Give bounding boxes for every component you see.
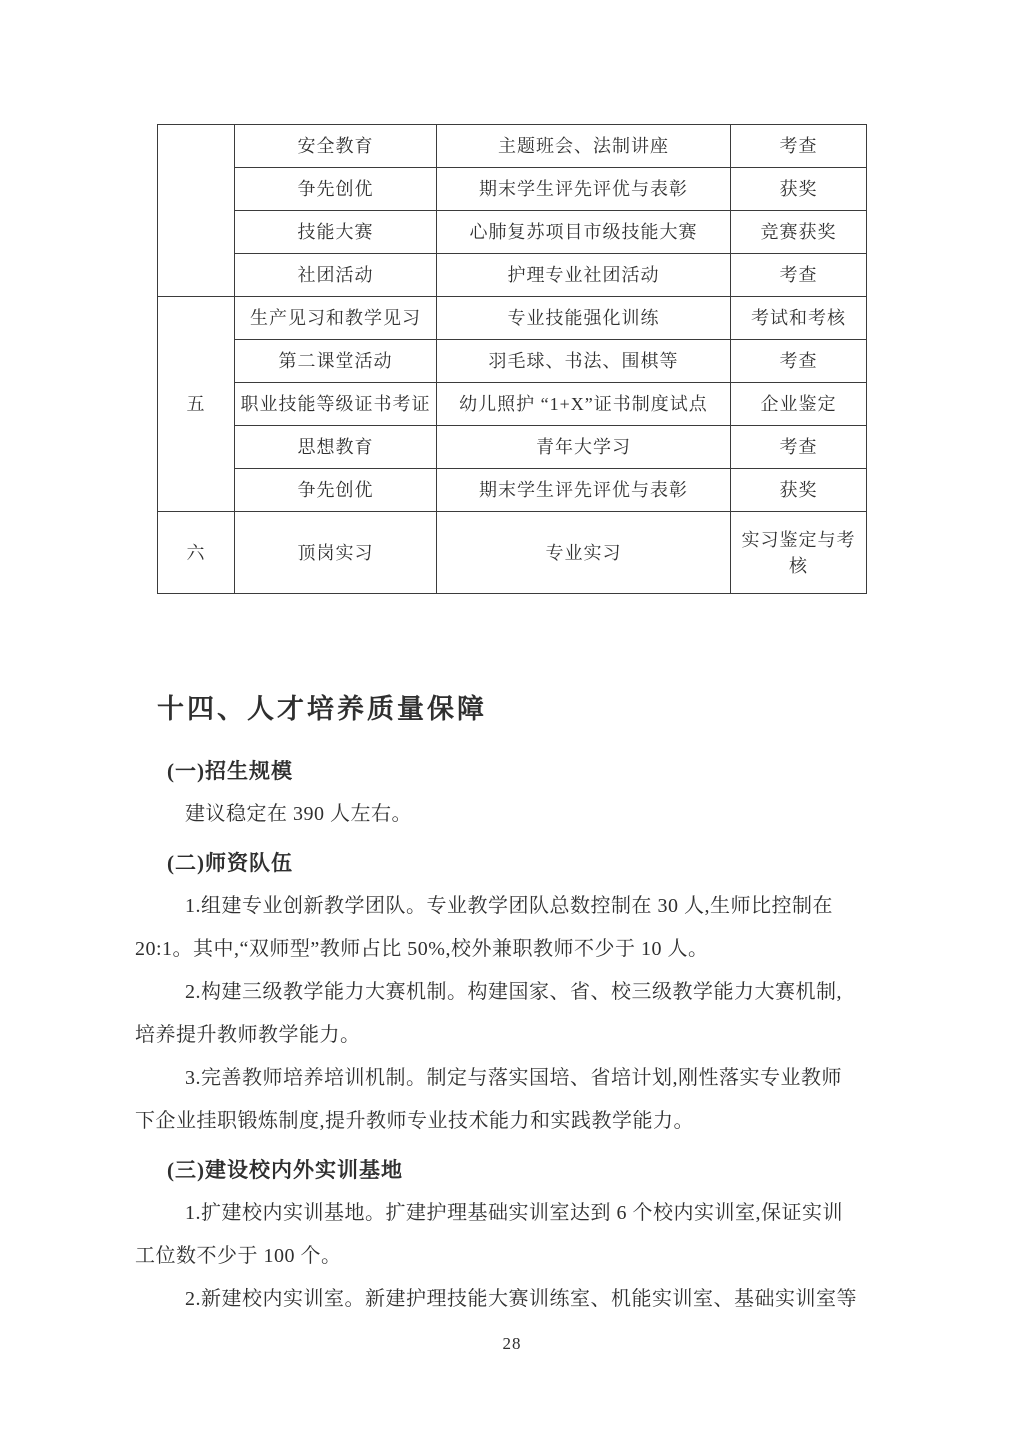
cell-activity: 社团活动: [235, 254, 437, 297]
paragraph-line: 2.新建校内实训室。新建护理技能大赛训练室、机能实训室、基础实训室等: [135, 1278, 895, 1321]
paragraph-line: 1.组建专业创新教学团队。专业教学团队总数控制在 30 人,生师比控制在: [135, 885, 895, 928]
section-subheading: (三)建设校内外实训基地: [135, 1149, 895, 1192]
cell-content: 专业技能强化训练: [437, 297, 731, 340]
paragraph: 2.构建三级教学能力大赛机制。构建国家、省、校三级教学能力大赛机制,培养提升教师…: [135, 971, 895, 1057]
table-row: 第二课堂活动羽毛球、书法、围棋等考查: [158, 340, 867, 383]
table-row: 社团活动护理专业社团活动考查: [158, 254, 867, 297]
document-body: 十四、人才培养质量保障 (一)招生规模建议稳定在 390 人左右。(二)师资队伍…: [135, 690, 895, 1321]
section-subheading: (二)师资队伍: [135, 842, 895, 885]
cell-assessment: 考查: [731, 254, 867, 297]
section-heading: 十四、人才培养质量保障: [135, 690, 895, 728]
cell-content: 青年大学习: [437, 426, 731, 469]
cell-assessment: 获奖: [731, 168, 867, 211]
table-row: 六顶岗实习专业实习实习鉴定与考核: [158, 512, 867, 594]
cell-activity: 技能大赛: [235, 211, 437, 254]
paragraph: 1.组建专业创新教学团队。专业教学团队总数控制在 30 人,生师比控制在20:1…: [135, 885, 895, 971]
cell-assessment: 实习鉴定与考核: [731, 512, 867, 594]
cell-assessment: 考查: [731, 340, 867, 383]
section-subheading: (一)招生规模: [135, 750, 895, 793]
cell-assessment: 获奖: [731, 469, 867, 512]
cell-content: 幼儿照护 “1+X”证书制度试点: [437, 383, 731, 426]
paragraph-line: 工位数不少于 100 个。: [135, 1235, 895, 1278]
cell-activity: 思想教育: [235, 426, 437, 469]
cell-assessment: 考试和考核: [731, 297, 867, 340]
cell-activity: 争先创优: [235, 168, 437, 211]
cell-assessment: 竞赛获奖: [731, 211, 867, 254]
page-number: 28: [0, 1334, 1024, 1354]
cell-content: 期末学生评先评优与表彰: [437, 168, 731, 211]
paragraph-line: 培养提升教师教学能力。: [135, 1014, 895, 1057]
cell-content: 护理专业社团活动: [437, 254, 731, 297]
cell-activity: 安全教育: [235, 125, 437, 168]
document-page: 安全教育主题班会、法制讲座考查争先创优期末学生评先评优与表彰获奖技能大赛心肺复苏…: [0, 0, 1024, 1448]
stage-label-cell: [158, 125, 235, 297]
table-row: 五生产见习和教学见习专业技能强化训练考试和考核: [158, 297, 867, 340]
cell-content: 专业实习: [437, 512, 731, 594]
cell-activity: 职业技能等级证书考证: [235, 383, 437, 426]
paragraph: 1.扩建校内实训基地。扩建护理基础实训室达到 6 个校内实训室,保证实训工位数不…: [135, 1192, 895, 1278]
cell-activity: 第二课堂活动: [235, 340, 437, 383]
cell-assessment: 考查: [731, 426, 867, 469]
cell-assessment: 考查: [731, 125, 867, 168]
table-row: 技能大赛心肺复苏项目市级技能大赛竞赛获奖: [158, 211, 867, 254]
table-row: 职业技能等级证书考证幼儿照护 “1+X”证书制度试点企业鉴定: [158, 383, 867, 426]
table-row: 思想教育青年大学习考查: [158, 426, 867, 469]
cell-activity: 争先创优: [235, 469, 437, 512]
paragraph-line: 下企业挂职锻炼制度,提升教师专业技术能力和实践教学能力。: [135, 1100, 895, 1143]
paragraph-line: 建议稳定在 390 人左右。: [135, 793, 895, 836]
table-row: 安全教育主题班会、法制讲座考查: [158, 125, 867, 168]
stage-label-cell: 六: [158, 512, 235, 594]
paragraph-line: 2.构建三级教学能力大赛机制。构建国家、省、校三级教学能力大赛机制,: [135, 971, 895, 1014]
cell-assessment: 企业鉴定: [731, 383, 867, 426]
paragraph-line: 1.扩建校内实训基地。扩建护理基础实训室达到 6 个校内实训室,保证实训: [135, 1192, 895, 1235]
paragraph-line: 20:1。其中,“双师型”教师占比 50%,校外兼职教师不少于 10 人。: [135, 928, 895, 971]
schedule-table-body: 安全教育主题班会、法制讲座考查争先创优期末学生评先评优与表彰获奖技能大赛心肺复苏…: [158, 125, 867, 594]
cell-content: 主题班会、法制讲座: [437, 125, 731, 168]
stage-label-cell: 五: [158, 297, 235, 512]
cell-activity: 生产见习和教学见习: [235, 297, 437, 340]
schedule-table: 安全教育主题班会、法制讲座考查争先创优期末学生评先评优与表彰获奖技能大赛心肺复苏…: [157, 124, 867, 594]
table-row: 争先创优期末学生评先评优与表彰获奖: [158, 168, 867, 211]
paragraph-line: 3.完善教师培养培训机制。制定与落实国培、省培计划,刚性落实专业教师: [135, 1057, 895, 1100]
cell-content: 心肺复苏项目市级技能大赛: [437, 211, 731, 254]
paragraph: 3.完善教师培养培训机制。制定与落实国培、省培计划,刚性落实专业教师下企业挂职锻…: [135, 1057, 895, 1143]
cell-content: 期末学生评先评优与表彰: [437, 469, 731, 512]
table-row: 争先创优期末学生评先评优与表彰获奖: [158, 469, 867, 512]
curriculum-activities-table: 安全教育主题班会、法制讲座考查争先创优期末学生评先评优与表彰获奖技能大赛心肺复苏…: [157, 124, 867, 594]
cell-content: 羽毛球、书法、围棋等: [437, 340, 731, 383]
paragraph: 建议稳定在 390 人左右。: [135, 793, 895, 836]
body-blocks: (一)招生规模建议稳定在 390 人左右。(二)师资队伍1.组建专业创新教学团队…: [135, 750, 895, 1321]
cell-activity: 顶岗实习: [235, 512, 437, 594]
paragraph: 2.新建校内实训室。新建护理技能大赛训练室、机能实训室、基础实训室等: [135, 1278, 895, 1321]
